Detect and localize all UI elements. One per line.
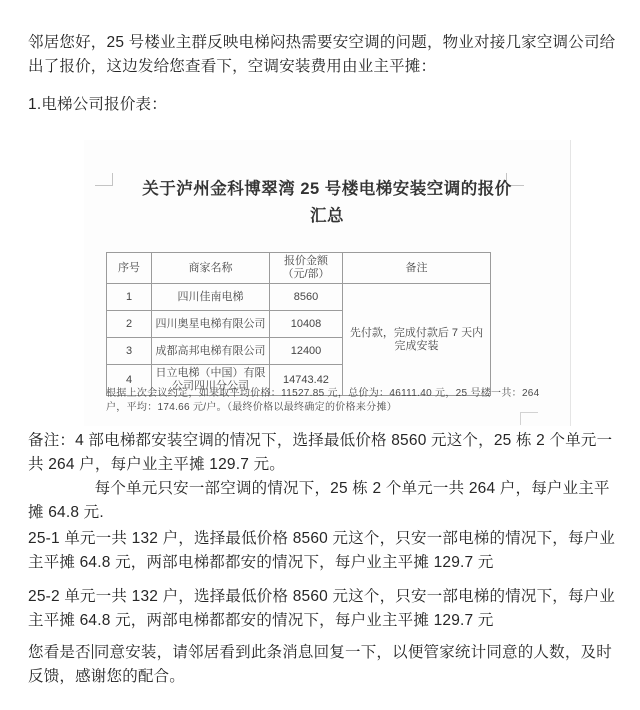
quote-table: 序号 商家名称 报价金额（元/部） 备注 1 四川佳南电梯 8560 先付款，完…: [106, 252, 491, 396]
cell-price: 12400: [270, 338, 343, 365]
quote-sheet-footnote: 根据上次会议约定，如果取平均价格：11527.85 元，总价为：46111.40…: [106, 387, 558, 415]
closing-text-before-caret: 您看是否: [28, 644, 91, 661]
col-header-vendor: 商家名称: [152, 253, 270, 284]
note-line-1: 备注：4 部电梯都安装空调的情况下，选择最低价格 8560 元这个，25 栋 2…: [28, 429, 616, 477]
cell-vendor: 成都高邦电梯有限公司: [152, 338, 270, 365]
cell-index: 1: [107, 284, 152, 311]
cell-index: 3: [107, 338, 152, 365]
message-paragraph-note: 备注：4 部电梯都安装空调的情况下，选择最低价格 8560 元这个，25 栋 2…: [28, 429, 616, 525]
cell-price: 10408: [270, 311, 343, 338]
cell-price: 8560: [270, 284, 343, 311]
quote-sheet-image[interactable]: 关于泸州金科博翠湾 25 号楼电梯安装空调的报价汇总 序号 商家名称 报价金额（…: [84, 140, 571, 426]
message-paragraph-intro: 邻居您好，25 号楼业主群反映电梯闷热需要安空调的问题，物业对接几家空调公司给出…: [28, 31, 616, 79]
note-line-2: 每个单元只安一部空调的情况下，25 栋 2 个单元一共 264 户，每户业主平摊…: [28, 477, 616, 525]
table-row: 1 四川佳南电梯 8560 先付款，完成付款后 7 天内完成安装: [107, 284, 491, 311]
page-corner-mark-top-left: [95, 173, 113, 186]
col-header-remark: 备注: [343, 253, 491, 284]
quote-sheet-title: 关于泸州金科博翠湾 25 号楼电梯安装空调的报价汇总: [140, 176, 514, 230]
message-paragraph-unit-25-2: 25-2 单元一共 132 户，选择最低价格 8560 元这个，只安一部电梯的情…: [28, 585, 616, 633]
cell-remark-merged: 先付款，完成付款后 7 天内完成安装: [343, 284, 491, 396]
cell-vendor: 四川佳南电梯: [152, 284, 270, 311]
table-header-row: 序号 商家名称 报价金额（元/部） 备注: [107, 253, 491, 284]
message-paragraph-closing: 您看是否同意安装，请邻居看到此条消息回复一下，以便管家统计同意的人数，及时反馈，…: [28, 641, 616, 689]
cell-index: 2: [107, 311, 152, 338]
closing-text-after-caret: 同意安装，请邻居看到此条消息回复一下，以便管家统计同意的人数，及时反馈，感谢您的…: [28, 644, 612, 685]
col-header-index: 序号: [107, 253, 152, 284]
cell-vendor: 四川奥星电梯有限公司: [152, 311, 270, 338]
quote-list-heading: 1.电梯公司报价表：: [28, 93, 616, 117]
message-paragraph-unit-25-1: 25-1 单元一共 132 户，选择最低价格 8560 元这个，只安一部电梯的情…: [28, 527, 616, 575]
col-header-price: 报价金额（元/部）: [270, 253, 343, 284]
text-caret: [92, 644, 93, 659]
